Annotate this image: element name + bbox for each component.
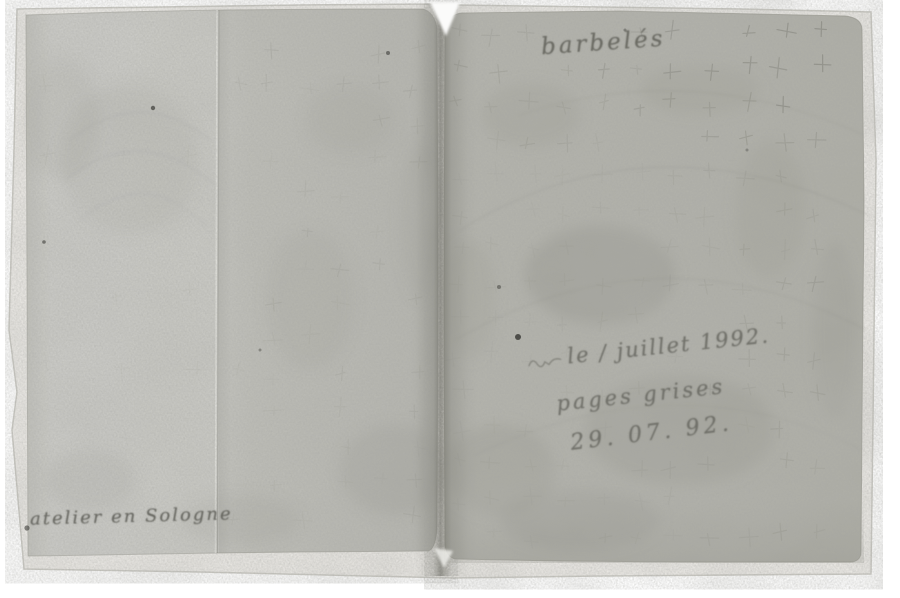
left-page bbox=[20, 9, 450, 556]
right-page bbox=[444, 11, 868, 563]
illegible-scribble bbox=[526, 347, 562, 374]
photograph-stage: barbelés le / juillet 1992. pages grises… bbox=[0, 0, 900, 598]
gutter-shadow bbox=[416, 4, 468, 576]
